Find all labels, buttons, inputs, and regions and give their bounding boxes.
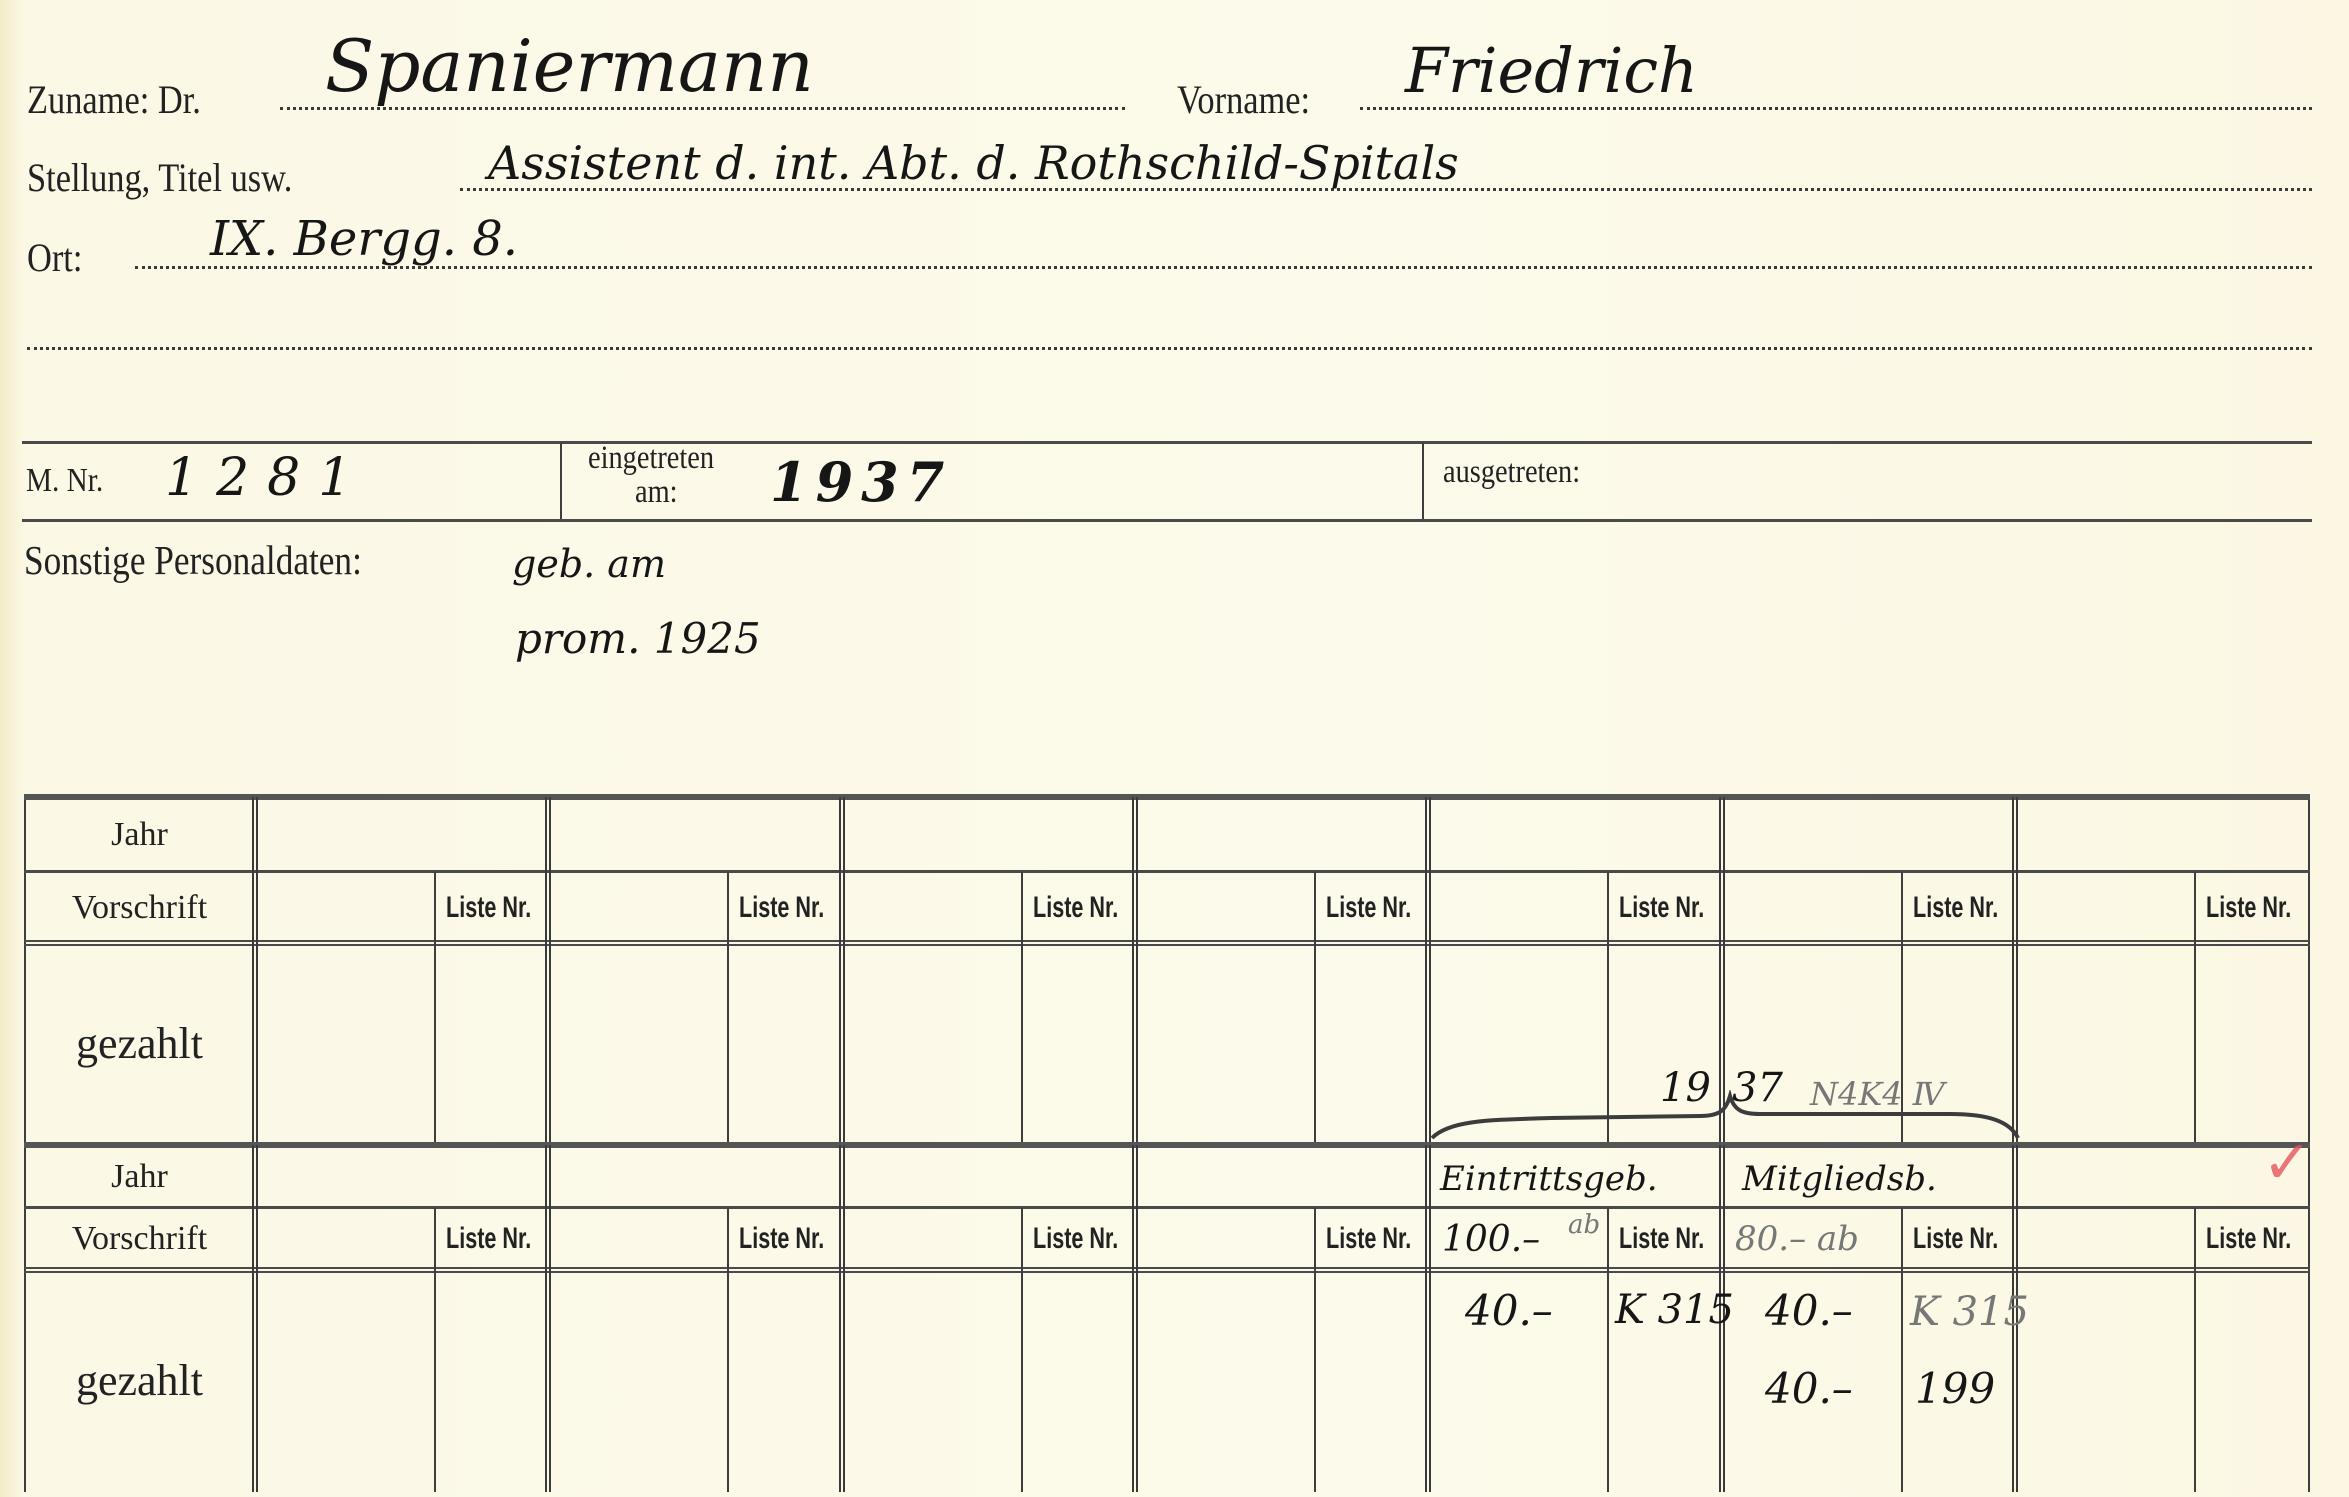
lower-jahr-label: Jahr (24, 1160, 255, 1194)
ausgetreten-label: ausgetreten: (1443, 456, 1580, 489)
paid-amount-3: 40.– (1765, 1368, 1853, 1410)
mnr-value: 1281 (165, 452, 369, 504)
ort-value: IX. Bergg. 8. (210, 215, 518, 263)
lower-jahr-col6: Mitgliedsb. (1742, 1162, 1937, 1196)
lower-liste-divider-6 (2194, 1208, 2196, 1492)
lower-jahr-rule (24, 1206, 2310, 1209)
upper-liste-divider-6 (2194, 872, 2196, 1145)
lower-vorschrift-col5: 100.– (1442, 1222, 1540, 1258)
paid-liste-3: 199 (1915, 1368, 1995, 1410)
eingetreten-label: eingetreten (588, 442, 714, 475)
member-index-card: Zuname: Dr. Spaniermann Vorname: Friedri… (0, 0, 2349, 1497)
upper-group-divider-3 (1132, 797, 1138, 1145)
upper-liste-divider-2 (1021, 872, 1023, 1145)
lower-liste-divider-2 (1021, 1208, 1023, 1492)
upper-liste-divider-0 (434, 872, 436, 1145)
stellung-label: Stellung, Titel usw. (27, 158, 292, 198)
upper-liste-label-4: Liste Nr. (1619, 893, 1704, 923)
mnr-divider-2 (1422, 443, 1424, 519)
lower-vorschrift-rule-b (24, 1271, 2310, 1273)
upper-liste-label-2: Liste Nr. (1033, 893, 1118, 923)
lower-liste-label-4: Liste Nr. (1619, 1224, 1704, 1254)
sonstige-line1: geb. am (512, 545, 666, 583)
upper-liste-divider-1 (727, 872, 729, 1145)
lower-group-divider-2 (839, 1145, 845, 1492)
zuname-label: Zuname: Dr. (27, 80, 201, 120)
lower-jahr-col5: Eintrittsgeb. (1440, 1162, 1658, 1196)
vorname-underline (1360, 107, 2312, 110)
lower-vorschrift-col6: 80.– ab (1735, 1222, 1859, 1256)
mnr-row-top-rule (22, 441, 2312, 444)
lower-vorschrift-col5-mark: ab (1568, 1212, 1600, 1238)
lower-group-divider-1 (545, 1145, 551, 1492)
lower-liste-label-5: Liste Nr. (1913, 1224, 1998, 1254)
lower-liste-divider-1 (727, 1208, 729, 1492)
blank-line (27, 347, 2312, 350)
lower-group-divider-3 (1132, 1145, 1138, 1492)
ort-label: Ort: (27, 238, 82, 278)
lower-liste-label-0: Liste Nr. (446, 1224, 531, 1254)
lower-liste-divider-5 (1901, 1208, 1903, 1492)
upper-jahr-rule (24, 870, 2310, 873)
paid-liste-2: K 315 (1910, 1292, 2029, 1332)
curly-brace-icon (1430, 1090, 2020, 1150)
upper-liste-label-1: Liste Nr. (739, 893, 824, 923)
upper-vorschrift-rule-a (24, 940, 2310, 942)
mnr-divider-1 (560, 443, 562, 519)
upper-top-rule (24, 794, 2310, 800)
lower-liste-label-2: Liste Nr. (1033, 1224, 1118, 1254)
mnr-label: M. Nr. (26, 464, 103, 498)
mnr-row-bottom-rule (22, 519, 2312, 522)
lower-vorschrift-label: Vorschrift (24, 1222, 255, 1256)
lower-group-divider-4 (1425, 1145, 1431, 1492)
lower-liste-label-6: Liste Nr. (2206, 1224, 2291, 1254)
upper-liste-label-5: Liste Nr. (1913, 893, 1998, 923)
vorname-label: Vorname: (1177, 80, 1310, 120)
upper-liste-label-3: Liste Nr. (1326, 893, 1411, 923)
upper-jahr-label: Jahr (24, 818, 255, 852)
upper-liste-label-6: Liste Nr. (2206, 893, 2291, 923)
lower-group-divider-0 (252, 1145, 258, 1492)
lower-liste-divider-3 (1314, 1208, 1316, 1492)
upper-liste-label-0: Liste Nr. (446, 893, 531, 923)
red-check-icon: ✓ (2262, 1128, 2312, 1198)
lower-liste-divider-4 (1607, 1208, 1609, 1492)
sonstige-line2: prom. 1925 (515, 618, 761, 660)
lower-liste-label-3: Liste Nr. (1326, 1224, 1411, 1254)
paid-liste-1: K 315 (1615, 1290, 1734, 1330)
upper-vorschrift-rule-b (24, 944, 2310, 946)
lower-vorschrift-rule-a (24, 1267, 2310, 1269)
upper-group-divider-1 (545, 797, 551, 1145)
vorname-value: Friedrich (1405, 40, 1698, 102)
lower-liste-label-1: Liste Nr. (739, 1224, 824, 1254)
zuname-value: Spaniermann (325, 30, 814, 102)
upper-vorschrift-label: Vorschrift (24, 891, 255, 925)
sonstige-label: Sonstige Personaldaten: (24, 540, 362, 581)
lower-liste-divider-0 (434, 1208, 436, 1492)
eingetreten-value: 1937 (770, 455, 952, 509)
lower-gezahlt-label: gezahlt (24, 1359, 255, 1403)
eingetreten-am-label: am: (635, 476, 678, 509)
paid-amount-1: 40.– (1465, 1290, 1553, 1332)
paid-amount-2: 40.– (1765, 1290, 1853, 1332)
upper-group-divider-2 (839, 797, 845, 1145)
upper-gezahlt-label: gezahlt (24, 1022, 255, 1066)
upper-liste-divider-3 (1314, 872, 1316, 1145)
stellung-value: Assistent d. int. Abt. d. Rothschild-Spi… (488, 140, 1459, 186)
